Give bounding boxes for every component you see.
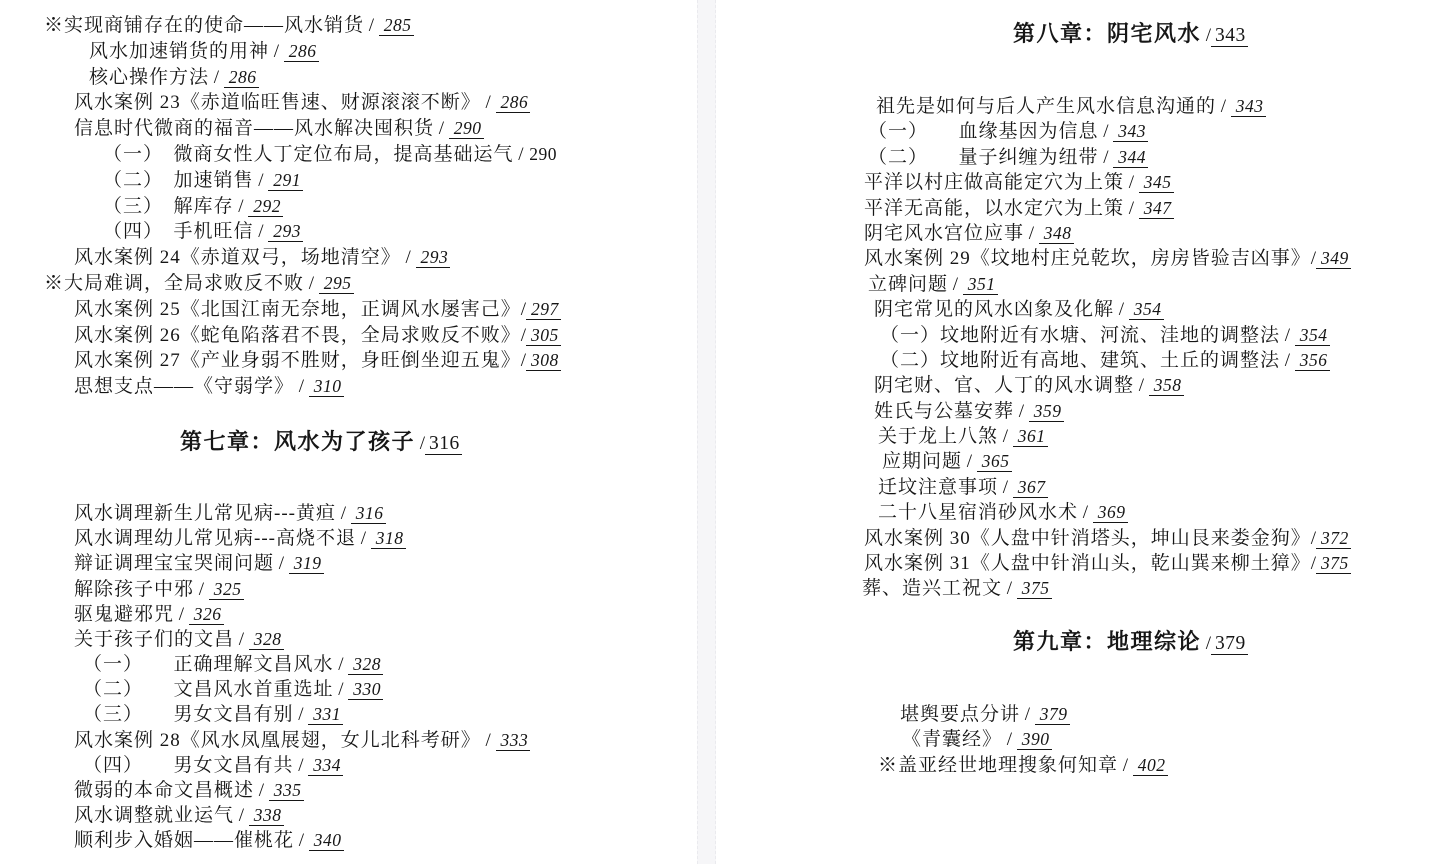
toc-entry: 思想支点——《守弱学》 / 310	[0, 374, 697, 400]
entry-title: 关于龙上八煞	[878, 426, 998, 447]
entry-page-number: 333	[496, 730, 531, 751]
entry-page-number: 286	[284, 41, 319, 62]
entry-page-number: 379	[1035, 704, 1070, 725]
toc-entry: 风水案例 30《人盘中针消塔头，坤山艮来娄金狗》/372	[716, 526, 1439, 551]
separator-slash: /	[234, 629, 249, 650]
separator-slash: /	[948, 274, 963, 295]
separator-slash: /	[998, 477, 1013, 498]
toc-entry: 风水调理新生儿常见病---黄疸 / 316	[0, 501, 697, 526]
toc-entry: 葬、造兴工祝文 / 375	[716, 576, 1439, 601]
separator-slash: /	[1134, 375, 1149, 396]
entry-title: （三） 男女文昌有别	[83, 704, 294, 725]
entry-page-number: 356	[1295, 350, 1330, 371]
entry-title: 信息时代微商的福音——风水解决囤积货	[74, 118, 434, 139]
entry-title: ※大局难调，全局求败反不败	[44, 273, 304, 294]
separator-slash: /	[1280, 325, 1295, 346]
entry-page-number: 293	[268, 221, 303, 242]
separator-slash: /	[1280, 350, 1295, 371]
toc-entry: （四） 男女文昌有共 / 334	[0, 753, 697, 778]
toc-entry: （二） 文昌风水首重选址 / 330	[0, 677, 697, 702]
entry-page-number: 367	[1013, 477, 1048, 498]
separator-slash: /	[1124, 172, 1139, 193]
chapter-heading-section: 第九章：地理综论 /379	[716, 628, 1439, 656]
entry-page-number: 328	[249, 629, 284, 650]
separator-slash: /	[234, 196, 249, 217]
toc-entry: （二） 量子纠缠为纽带 / 344	[716, 145, 1439, 170]
separator-slash: /	[1114, 299, 1129, 320]
entry-title: ※盖亚经世地理搜象何知章	[878, 755, 1118, 776]
entry-page-number: 372	[1316, 528, 1351, 549]
entry-page-number: 335	[269, 780, 304, 801]
entry-page-number: 334	[308, 755, 343, 776]
entry-page-number: 330	[348, 679, 383, 700]
separator-slash: /	[209, 67, 224, 88]
entry-title: 立碑问题	[868, 274, 948, 295]
separator-slash: /	[294, 830, 309, 851]
toc-section: 堪舆要点分讲 / 379《青囊经》 / 390※盖亚经世地理搜象何知章 / 40…	[716, 702, 1439, 778]
toc-entry: 微弱的本命文昌概述 / 335	[0, 778, 697, 803]
entry-title: 解除孩子中邪	[74, 579, 194, 600]
separator-slash: /	[962, 451, 977, 472]
separator-slash: /	[1014, 401, 1029, 422]
page-gutter	[697, 0, 716, 864]
entry-page-number: 286	[496, 92, 531, 113]
separator-slash: /	[334, 679, 349, 700]
toc-entry: 姓氏与公墓安葬 / 359	[716, 399, 1439, 424]
entry-title: 平洋无高能，以水定穴为上策	[864, 198, 1124, 219]
toc-entry: （三） 解库存 / 292	[0, 194, 697, 220]
toc-entry: 平洋以村庄做高能定穴为上策 / 345	[716, 170, 1439, 195]
separator-slash: /	[1020, 704, 1035, 725]
entry-title: （二）坟地附近有高地、建筑、土丘的调整法	[880, 350, 1280, 371]
separator-slash: /	[1078, 502, 1093, 523]
separator-slash: /	[1216, 96, 1231, 117]
entry-title: 风水案例 29《坟地村庄兑乾坎，房房皆验吉凶事》	[864, 248, 1311, 269]
entry-page-number: 292	[248, 196, 283, 217]
toc-entry: 信息时代微商的福音——风水解决囤积货 / 290	[0, 116, 697, 142]
separator-slash: /	[401, 247, 416, 268]
entry-title: 风水调理幼儿常见病---高烧不退	[74, 528, 356, 549]
toc-entry: ※大局难调，全局求败反不败 / 295	[0, 271, 697, 297]
toc-entry: 《青囊经》 / 390	[716, 727, 1439, 752]
entry-title: （一） 血缘基因为信息	[868, 121, 1099, 142]
toc-entry: 堪舆要点分讲 / 379	[716, 702, 1439, 727]
entry-page-number: 348	[1039, 223, 1074, 244]
toc-entry: （三） 男女文昌有别 / 331	[0, 702, 697, 727]
entry-title: 辩证调理宝宝哭闹问题	[74, 553, 274, 574]
toc-page-right: 第八章：阴宅风水 /343祖先是如何与后人产生风水信息沟通的 / 343（一） …	[716, 0, 1439, 864]
entry-title: 风水案例 25《北国江南无奈地，正调风水屡害己》	[74, 299, 521, 320]
separator-slash: /	[234, 805, 249, 826]
entry-page-number: 318	[371, 528, 406, 549]
entry-page-number: 319	[289, 553, 324, 574]
entry-page-number: 331	[308, 704, 343, 725]
separator-slash: /	[1002, 578, 1017, 599]
entry-title: 核心操作方法	[89, 67, 209, 88]
toc-entry: 风水案例 27《产业身弱不胜财，身旺倒坐迎五鬼》/308	[0, 348, 697, 374]
entry-title: 风水案例 27《产业身弱不胜财，身旺倒坐迎五鬼》	[74, 350, 521, 371]
toc-entry: 迁坟注意事项 / 367	[716, 475, 1439, 500]
entry-title: 阴宅财、官、人丁的风水调整	[874, 375, 1134, 396]
entry-title: 风水案例 30《人盘中针消塔头，坤山艮来娄金狗》	[864, 528, 1311, 549]
entry-title: 堪舆要点分讲	[900, 704, 1020, 725]
toc-entry: 驱鬼避邪咒 / 326	[0, 602, 697, 627]
entry-page-number: 286	[224, 67, 259, 88]
entry-title: （四） 手机旺信	[103, 221, 254, 242]
toc-entry: 风水案例 26《蛇龟陷落君不畏，全局求败反不败》/305	[0, 323, 697, 349]
separator-slash: /	[1201, 25, 1211, 46]
entry-title: （二） 加速销售	[103, 170, 254, 191]
toc-entry: 风水加速销货的用神 / 286	[0, 39, 697, 65]
entry-title: （一） 正确理解文昌风水	[83, 654, 334, 675]
entry-title: 风水案例 28《风水凤凰展翅，女儿北科考研》	[74, 730, 481, 751]
entry-page-number: 325	[209, 579, 244, 600]
separator-slash: /	[294, 376, 309, 397]
entry-page-number: 297	[526, 299, 561, 320]
toc-entry: 阴宅风水宫位应事 / 348	[716, 221, 1439, 246]
entry-page-number: 347	[1139, 198, 1174, 219]
toc-entry: 阴宅财、官、人丁的风水调整 / 358	[716, 373, 1439, 398]
toc-entry: 祖先是如何与后人产生风水信息沟通的 / 343	[716, 94, 1439, 119]
entry-page-number: 316	[351, 503, 386, 524]
toc-entry: （一） 正确理解文昌风水 / 328	[0, 652, 697, 677]
toc-entry: 风水调整就业运气 / 338	[0, 803, 697, 828]
separator-slash: /	[1201, 633, 1211, 654]
separator-slash: /	[1124, 198, 1139, 219]
chapter-heading-section: 第七章：风水为了孩子 /316	[0, 428, 697, 456]
separator-slash: /	[254, 780, 269, 801]
entry-title: 平洋以村庄做高能定穴为上策	[864, 172, 1124, 193]
entry-page-number: 308	[526, 350, 561, 371]
toc-entry: （一） 微商女性人丁定位布局，提高基础运气 / 290	[0, 142, 697, 168]
separator-slash: /	[194, 579, 209, 600]
toc-entry: 风水案例 24《赤道双弓，场地清空》 / 293	[0, 245, 697, 271]
chapter-page-number: 379	[1211, 633, 1248, 655]
entry-title: （三） 解库存	[103, 196, 234, 217]
toc-entry: ※实现商铺存在的使命——风水销货 / 285	[0, 13, 697, 39]
toc-entry: 风水案例 23《赤道临旺售速、财源滚滚不断》 / 286	[0, 90, 697, 116]
toc-entry: （一）坟地附近有水塘、河流、洼地的调整法 / 354	[716, 323, 1439, 348]
separator-slash: /	[174, 604, 189, 625]
chapter-page-number: 316	[425, 433, 462, 455]
toc-entry: 核心操作方法 / 286	[0, 65, 697, 91]
entry-title: 关于孩子们的文昌	[74, 629, 234, 650]
entry-title: 祖先是如何与后人产生风水信息沟通的	[876, 96, 1216, 117]
toc-entry: 风水案例 31《人盘中针消山头，乾山巽来柳土獐》/375	[716, 551, 1439, 576]
entry-page-number: 285	[379, 15, 414, 36]
entry-page-number: 402	[1133, 755, 1168, 776]
entry-page-number: 326	[189, 604, 224, 625]
entry-title: 风水调整就业运气	[74, 805, 234, 826]
entry-page-number: 343	[1113, 121, 1148, 142]
separator-slash: /	[1024, 223, 1039, 244]
entry-title: 迁坟注意事项	[878, 477, 998, 498]
entry-page-number: 354	[1129, 299, 1164, 320]
entry-page-number: 359	[1029, 401, 1064, 422]
toc-entry: 应期问题 / 365	[716, 449, 1439, 474]
toc-entry: 立碑问题 / 351	[716, 272, 1439, 297]
entry-page-number: 344	[1113, 147, 1148, 168]
toc-entry: 风水案例 25《北国江南无奈地，正调风水屡害己》/297	[0, 297, 697, 323]
separator-slash: /	[998, 426, 1013, 447]
toc-entry: 二十八星宿消砂风水术 / 369	[716, 500, 1439, 525]
toc-two-page-spread: ※实现商铺存在的使命——风水销货 / 285风水加速销货的用神 / 286核心操…	[0, 0, 1439, 864]
separator-slash: /	[415, 433, 425, 454]
toc-page-left: ※实现商铺存在的使命——风水销货 / 285风水加速销货的用神 / 286核心操…	[0, 0, 697, 864]
entry-page-number: 310	[309, 376, 344, 397]
separator-slash: /	[269, 41, 284, 62]
entry-page-number: 295	[319, 273, 354, 294]
toc-entry: 关于龙上八煞 / 361	[716, 424, 1439, 449]
separator-slash: /	[1118, 755, 1133, 776]
entry-title: （二） 量子纠缠为纽带	[868, 147, 1099, 168]
separator-slash: /	[1099, 121, 1114, 142]
entry-page-number: 290	[528, 144, 557, 164]
toc-entry: 阴宅常见的风水凶象及化解 / 354	[716, 297, 1439, 322]
toc-entry: 风水调理幼儿常见病---高烧不退 / 318	[0, 526, 697, 551]
toc-entry: 顺利步入婚姻——催桃花 / 340	[0, 828, 697, 853]
separator-slash: /	[364, 15, 379, 36]
entry-page-number: 365	[977, 451, 1012, 472]
entry-page-number: 358	[1149, 375, 1184, 396]
toc-entry: 解除孩子中邪 / 325	[0, 577, 697, 602]
toc-entry: 关于孩子们的文昌 / 328	[0, 627, 697, 652]
separator-slash: /	[356, 528, 371, 549]
entry-page-number: 375	[1017, 578, 1052, 599]
entry-title: 风水案例 31《人盘中针消山头，乾山巽来柳土獐》	[864, 553, 1311, 574]
chapter-heading-section: 第八章：阴宅风水 /343	[716, 20, 1439, 48]
entry-page-number: 328	[348, 654, 383, 675]
entry-page-number: 293	[416, 247, 451, 268]
chapter-heading: 第七章：风水为了孩子 /316	[0, 428, 697, 456]
entry-page-number: 343	[1231, 96, 1266, 117]
entry-page-number: 338	[249, 805, 284, 826]
chapter-title: 第九章：地理综论	[1013, 629, 1201, 654]
toc-entry: （四） 手机旺信 / 293	[0, 219, 697, 245]
entry-page-number: 351	[963, 274, 998, 295]
entry-title: 风水调理新生儿常见病---黄疸	[74, 503, 336, 524]
separator-slash: /	[254, 221, 269, 242]
entry-title: 《青囊经》	[902, 729, 1002, 750]
chapter-title: 第七章：风水为了孩子	[180, 429, 415, 454]
entry-title: 思想支点——《守弱学》	[74, 376, 294, 397]
toc-entry: （二） 加速销售 / 291	[0, 168, 697, 194]
separator-slash: /	[1002, 729, 1017, 750]
entry-title: 风水案例 24《赤道双弓，场地清空》	[74, 247, 401, 268]
chapter-page-number: 343	[1211, 25, 1248, 47]
entry-title: （一）坟地附近有水塘、河流、洼地的调整法	[880, 325, 1280, 346]
toc-entry: （二）坟地附近有高地、建筑、土丘的调整法 / 356	[716, 348, 1439, 373]
separator-slash: /	[434, 118, 449, 139]
entry-title: 风水加速销货的用神	[89, 41, 269, 62]
separator-slash: /	[481, 92, 496, 113]
entry-title: 风水案例 26《蛇龟陷落君不畏，全局求败反不败》	[74, 325, 521, 346]
entry-title: （一） 微商女性人丁定位布局，提高基础运气	[103, 144, 514, 165]
toc-section: 风水调理新生儿常见病---黄疸 / 316风水调理幼儿常见病---高烧不退 / …	[0, 501, 697, 854]
entry-page-number: 390	[1017, 729, 1052, 750]
entry-page-number: 340	[309, 830, 344, 851]
toc-entry: （一） 血缘基因为信息 / 343	[716, 119, 1439, 144]
entry-title: 微弱的本命文昌概述	[74, 780, 254, 801]
chapter-title: 第八章：阴宅风水	[1013, 21, 1201, 46]
separator-slash: /	[304, 273, 319, 294]
entry-page-number: 369	[1093, 502, 1128, 523]
entry-title: 应期问题	[882, 451, 962, 472]
entry-title: 姓氏与公墓安葬	[874, 401, 1014, 422]
separator-slash: /	[514, 144, 529, 165]
toc-entry: ※盖亚经世地理搜象何知章 / 402	[716, 753, 1439, 778]
separator-slash: /	[254, 170, 269, 191]
chapter-heading: 第九章：地理综论 /379	[716, 628, 1439, 656]
toc-entry: 风水案例 29《坟地村庄兑乾坎，房房皆验吉凶事》/349	[716, 246, 1439, 271]
entry-title: （四） 男女文昌有共	[83, 755, 294, 776]
entry-page-number: 290	[449, 118, 484, 139]
toc-section: 祖先是如何与后人产生风水信息沟通的 / 343（一） 血缘基因为信息 / 343…	[716, 94, 1439, 602]
entry-title: 风水案例 23《赤道临旺售速、财源滚滚不断》	[74, 92, 481, 113]
entry-title: （二） 文昌风水首重选址	[83, 679, 334, 700]
entry-page-number: 361	[1013, 426, 1048, 447]
separator-slash: /	[1099, 147, 1114, 168]
entry-title: 葬、造兴工祝文	[862, 578, 1002, 599]
entry-title: 阴宅常见的风水凶象及化解	[874, 299, 1114, 320]
toc-section: ※实现商铺存在的使命——风水销货 / 285风水加速销货的用神 / 286核心操…	[0, 13, 697, 400]
separator-slash: /	[334, 654, 349, 675]
chapter-heading: 第八章：阴宅风水 /343	[716, 20, 1439, 48]
entry-title: 阴宅风水宫位应事	[864, 223, 1024, 244]
entry-page-number: 375	[1316, 553, 1351, 574]
separator-slash: /	[336, 503, 351, 524]
separator-slash: /	[294, 704, 309, 725]
entry-title: ※实现商铺存在的使命——风水销货	[44, 15, 364, 36]
entry-page-number: 349	[1316, 248, 1351, 269]
entry-title: 驱鬼避邪咒	[74, 604, 174, 625]
toc-entry: 辩证调理宝宝哭闹问题 / 319	[0, 551, 697, 576]
entry-page-number: 291	[268, 170, 303, 191]
entry-title: 二十八星宿消砂风水术	[878, 502, 1078, 523]
separator-slash: /	[274, 553, 289, 574]
separator-slash: /	[294, 755, 309, 776]
separator-slash: /	[481, 730, 496, 751]
entry-page-number: 305	[526, 325, 561, 346]
toc-entry: 风水案例 28《风水凤凰展翅，女儿北科考研》 / 333	[0, 728, 697, 753]
toc-entry: 平洋无高能，以水定穴为上策 / 347	[716, 196, 1439, 221]
entry-page-number: 354	[1295, 325, 1330, 346]
entry-title: 顺利步入婚姻——催桃花	[74, 830, 294, 851]
entry-page-number: 345	[1139, 172, 1174, 193]
